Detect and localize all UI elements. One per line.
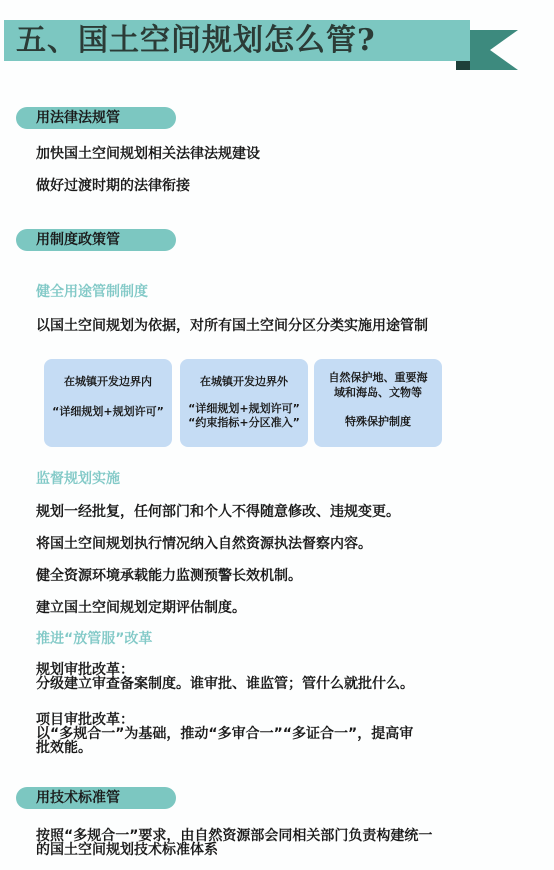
box-text: “详细规划+规划许可” xyxy=(180,402,308,416)
subsection-title: 监督规划实施 xyxy=(36,468,120,488)
page-title: 五、国土空间规划怎么管? xyxy=(16,21,376,61)
text-line: 将国土空间规划执行情况纳入自然资源执法督察内容。 xyxy=(36,533,372,553)
paragraph-text: 的国土空间规划技术标准体系 xyxy=(36,843,218,857)
info-box-special-protection: 自然保护地、重要海 域和海岛、文物等 特殊保护制度 xyxy=(314,359,442,447)
section-heading-policy: 用制度政策管 xyxy=(16,229,176,251)
text-line: 规划一经批复，任何部门和个人不得随意修改、违规变更。 xyxy=(36,501,400,521)
text-line: 做好过渡时期的法律衔接 xyxy=(36,175,190,195)
section-heading-standards: 用技术标准管 xyxy=(16,787,176,809)
section-heading-label: 用制度政策管 xyxy=(36,229,120,251)
text-line: 健全资源环境承载能力监测预警长效机制。 xyxy=(36,565,302,585)
box-title: 在城镇开发边界内 xyxy=(44,375,172,389)
section-heading-label: 用法律法规管 xyxy=(36,107,120,129)
box-text: “详细规划+规划许可” xyxy=(44,405,172,419)
subsection-title: 健全用途管制制度 xyxy=(36,281,148,301)
section-heading-label: 用技术标准管 xyxy=(36,787,120,809)
text-line: 建立国土空间规划定期评估制度。 xyxy=(36,597,246,617)
paragraph-label: 规划审批改革： xyxy=(36,663,134,677)
info-box-outside-boundary: 在城镇开发边界外 “详细规划+规划许可” “约束指标+分区准入” xyxy=(180,359,308,447)
paragraph-label: 项目审批改革： xyxy=(36,713,134,727)
ribbon-tail-icon xyxy=(456,30,520,70)
box-title: 自然保护地、重要海 xyxy=(314,371,442,385)
box-title: 域和海岛、文物等 xyxy=(314,386,442,400)
info-box-inside-boundary: 在城镇开发边界内 “详细规划+规划许可” xyxy=(44,359,172,447)
paragraph-text: 以“多规合一”为基础，推动“多审合一”“多证合一”，提高审 xyxy=(36,727,413,741)
section-heading-law: 用法律法规管 xyxy=(16,107,176,129)
box-text: “约束指标+分区准入” xyxy=(180,416,308,430)
text-line: 以国土空间规划为依据，对所有国土空间分区分类实施用途管制 xyxy=(36,315,428,335)
box-text: 特殊保护制度 xyxy=(314,415,442,429)
subsection-title: 推进“放管服”改革 xyxy=(36,628,152,648)
box-title: 在城镇开发边界外 xyxy=(180,375,308,389)
text-line: 加快国土空间规划相关法律法规建设 xyxy=(36,143,260,163)
paragraph-text: 按照“多规合一”要求，由自然资源部会同相关部门负责构建统一 xyxy=(36,829,432,843)
paragraph-text: 分级建立审查备案制度。谁审批、谁监管；管什么就批什么。 xyxy=(36,677,414,691)
paragraph-text: 批效能。 xyxy=(36,741,92,755)
